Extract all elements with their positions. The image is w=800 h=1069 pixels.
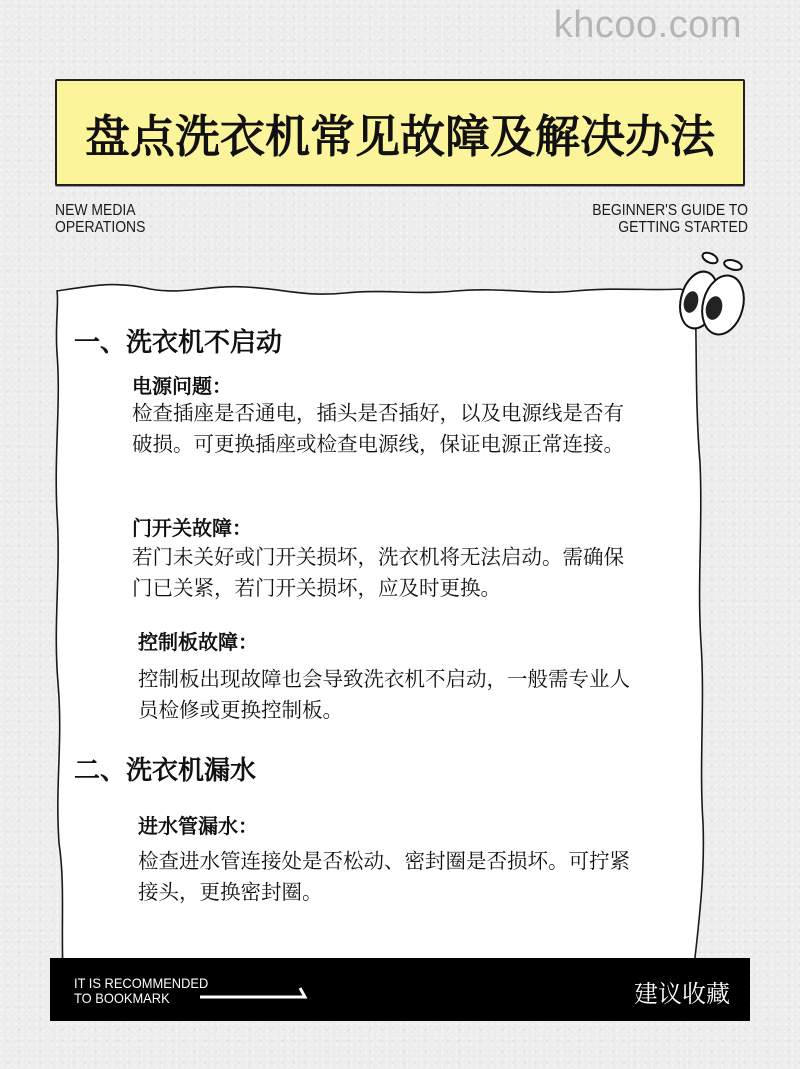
tag-left-line2: OPERATIONS <box>55 220 145 237</box>
footer-en-line1: IT IS RECOMMENDED <box>74 976 208 991</box>
bookmark-label: 建议收藏 <box>634 974 730 1009</box>
tag-left-line1: NEW MEDIA <box>55 203 145 220</box>
tag-beginners-guide: BEGINNER'S GUIDE TO GETTING STARTED <box>592 203 748 236</box>
tag-new-media: NEW MEDIA OPERATIONS <box>55 203 145 236</box>
tag-right-line2: GETTING STARTED <box>592 220 748 237</box>
subheading: 门开关故障： <box>132 512 252 541</box>
body-line: 检查插座是否通电，插头是否插好，以及电源线是否有 <box>132 398 742 429</box>
body-line: 员检修或更换控制板。 <box>138 695 748 726</box>
subheading: 进水管漏水： <box>138 810 258 839</box>
body-line: 控制板出现故障也会导致洗衣机不启动，一般需专业人 <box>138 664 748 695</box>
body-line: 接头，更换密封圈。 <box>138 877 748 908</box>
body-line: 若门未关好或门开关损坏，洗衣机将无法启动。需确保 <box>132 542 742 573</box>
section-heading: 二、洗衣机漏水 <box>74 750 256 787</box>
subheading: 控制板故障： <box>138 626 258 655</box>
body-text: 检查插座是否通电，插头是否插好，以及电源线是否有 破损。可更换插座或检查电源线，… <box>132 398 742 460</box>
body-text: 检查进水管连接处是否松动、密封圈是否损坏。可拧紧 接头，更换密封圈。 <box>138 846 748 908</box>
tag-right-line1: BEGINNER'S GUIDE TO <box>592 203 748 220</box>
watermark: khcoo.com <box>554 4 742 47</box>
body-text: 控制板出现故障也会导致洗衣机不启动，一般需专业人 员检修或更换控制板。 <box>138 664 748 726</box>
body-line: 检查进水管连接处是否松动、密封圈是否损坏。可拧紧 <box>138 846 748 877</box>
title-banner: 盘点洗衣机常见故障及解决办法 <box>55 79 745 186</box>
footer-en-line2: TO BOOKMARK <box>74 991 208 1006</box>
section-heading: 一、洗衣机不启动 <box>74 322 282 359</box>
footer-bar: IT IS RECOMMENDED TO BOOKMARK 建议收藏 <box>50 958 750 1021</box>
body-line: 门已关紧，若门开关损坏，应及时更换。 <box>132 573 742 604</box>
arrow-right-icon <box>200 986 310 1002</box>
page-title: 盘点洗衣机常见故障及解决办法 <box>85 100 715 165</box>
cartoon-eyes-icon <box>672 250 762 340</box>
footer-english: IT IS RECOMMENDED TO BOOKMARK <box>74 976 208 1005</box>
body-line: 破损。可更换插座或检查电源线，保证电源正常连接。 <box>132 429 742 460</box>
subheading: 电源问题： <box>132 370 232 399</box>
body-text: 若门未关好或门开关损坏，洗衣机将无法启动。需确保 门已关紧，若门开关损坏，应及时… <box>132 542 742 604</box>
